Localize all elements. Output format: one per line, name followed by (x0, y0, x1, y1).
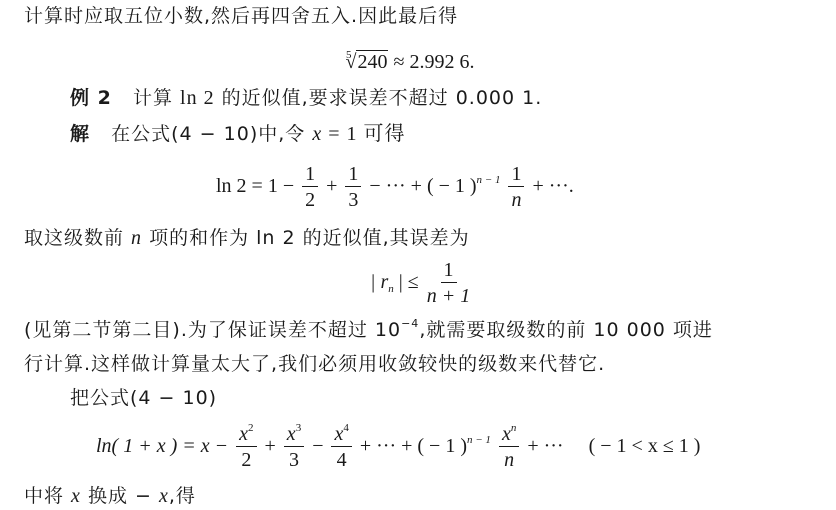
exponent: −4 (401, 317, 419, 330)
numerator: x (287, 423, 296, 445)
text: 中将 (24, 485, 71, 507)
ln2-term: ln 2 (180, 87, 215, 109)
exponent: n (511, 422, 517, 434)
numerator: x (239, 423, 248, 445)
root-value: 2.992 6. (409, 51, 474, 73)
text: 项的和作为 ln 2 的近似值,其误差为 (142, 227, 470, 249)
text: 把公式(4 − 10) (70, 387, 217, 409)
fraction-1-n: 1n (508, 164, 524, 210)
eq-lhs: ln 2 = 1 − (216, 175, 294, 197)
solution-line: 解 在公式(4 − 10)中,令 x = 1 可得 (70, 122, 405, 146)
formula-reference: 把公式(4 − 10) (70, 386, 217, 410)
text: (见第二节第二目).为了保证误差不超过 10 (24, 319, 401, 341)
equation-error-bound: | rn | ≤ 1n + 1 (370, 258, 473, 306)
paragraph-line-2: 行计算.这样做计算量太大了,我们必须用收敛较快的级数来代替它. (24, 352, 605, 376)
paragraph-text: 计算时应取五位小数,然后再四舍五入.因此最后得 (24, 5, 458, 27)
paragraph-line-1: (见第二节第二目).为了保证误差不超过 10−4,就需要取级数的前 10 000… (24, 318, 713, 342)
numerator: 1 (441, 260, 457, 283)
variable-x: x (312, 123, 322, 145)
numerator: x (502, 423, 511, 445)
eq-middle: − ··· + ( − 1 ) (369, 175, 476, 197)
denominator: n (504, 447, 514, 470)
text: ,得 (169, 485, 196, 507)
fraction-x2-2: x22 (236, 424, 256, 470)
fraction-x4-4: x44 (331, 424, 351, 470)
numerator: 1 (508, 164, 524, 187)
leq: | ≤ (394, 271, 419, 293)
solution-label: 解 (70, 123, 90, 145)
numerator: 1 (302, 164, 318, 187)
example-text-end: 的近似值,要求误差不超过 0.000 1. (215, 87, 543, 109)
fraction-x3-3: x33 (284, 424, 304, 470)
denominator: n (511, 187, 521, 210)
root-index: 5 (346, 49, 352, 61)
variable-x: x (71, 485, 81, 507)
fraction-1-n-plus-1: 1n + 1 (427, 260, 471, 306)
operator: + (265, 435, 276, 457)
exponent: n − 1 (467, 434, 491, 446)
solution-text-end: = 1 可得 (322, 123, 405, 145)
text: 行计算.这样做计算量太大了,我们必须用收敛较快的级数来代替它. (24, 353, 605, 375)
equation-ln2-series: ln 2 = 1 − 12 + 13 − ··· + ( − 1 )n − 1 … (216, 162, 574, 210)
exponent: 2 (248, 422, 254, 434)
text-last-line: 中将 x 换成 − x,得 (24, 484, 196, 508)
example-text: 计算 (133, 87, 180, 109)
radicand: 240 (356, 50, 388, 73)
solution-text: 在公式(4 − 10)中,令 (111, 123, 312, 145)
denominator: 4 (337, 447, 347, 470)
denominator: 2 (305, 187, 315, 210)
example-label: 例 2 (70, 87, 112, 109)
eq-tail: + ··· (527, 435, 563, 457)
text: 换成 − (81, 485, 159, 507)
fraction-1-2: 12 (302, 164, 318, 210)
denominator: 3 (348, 187, 358, 210)
variable-n: n (131, 227, 142, 249)
denominator: n + 1 (427, 283, 471, 306)
eq-middle: + ··· + ( − 1 ) (360, 435, 467, 457)
fraction-1-3: 13 (345, 164, 361, 210)
domain-condition: ( − 1 < x ≤ 1 ) (589, 435, 701, 457)
exponent: 4 (343, 422, 349, 434)
text-line-1: 计算时应取五位小数,然后再四舍五入.因此最后得 (24, 4, 458, 28)
abs-r: | r (370, 271, 388, 293)
text-take-terms: 取这级数前 n 项的和作为 ln 2 的近似值,其误差为 (24, 226, 470, 250)
variable-x: x (159, 485, 169, 507)
equation-fifth-root: 5√240 ≈ 2.992 6. (346, 50, 474, 77)
eq-tail: + ···. (532, 175, 573, 197)
operator: + (326, 175, 337, 197)
equation-ln1px-series: ln( 1 + x ) = x − x22 + x33 − x44 + ··· … (96, 420, 700, 472)
denominator: 3 (289, 447, 299, 470)
approx-sign: ≈ (393, 51, 404, 73)
exponent: n − 1 (477, 174, 501, 186)
numerator: 1 (345, 164, 361, 187)
text: 取这级数前 (24, 227, 131, 249)
fraction-xn-n: xnn (499, 424, 519, 470)
denominator: 2 (241, 447, 251, 470)
text: ,就需要取级数的前 10 000 项进 (419, 319, 713, 341)
example-2: 例 2 计算 ln 2 的近似值,要求误差不超过 0.000 1. (70, 86, 542, 110)
exponent: 3 (296, 422, 302, 434)
operator: − (312, 435, 323, 457)
eq-lhs: ln( 1 + x ) = x − (96, 435, 228, 457)
